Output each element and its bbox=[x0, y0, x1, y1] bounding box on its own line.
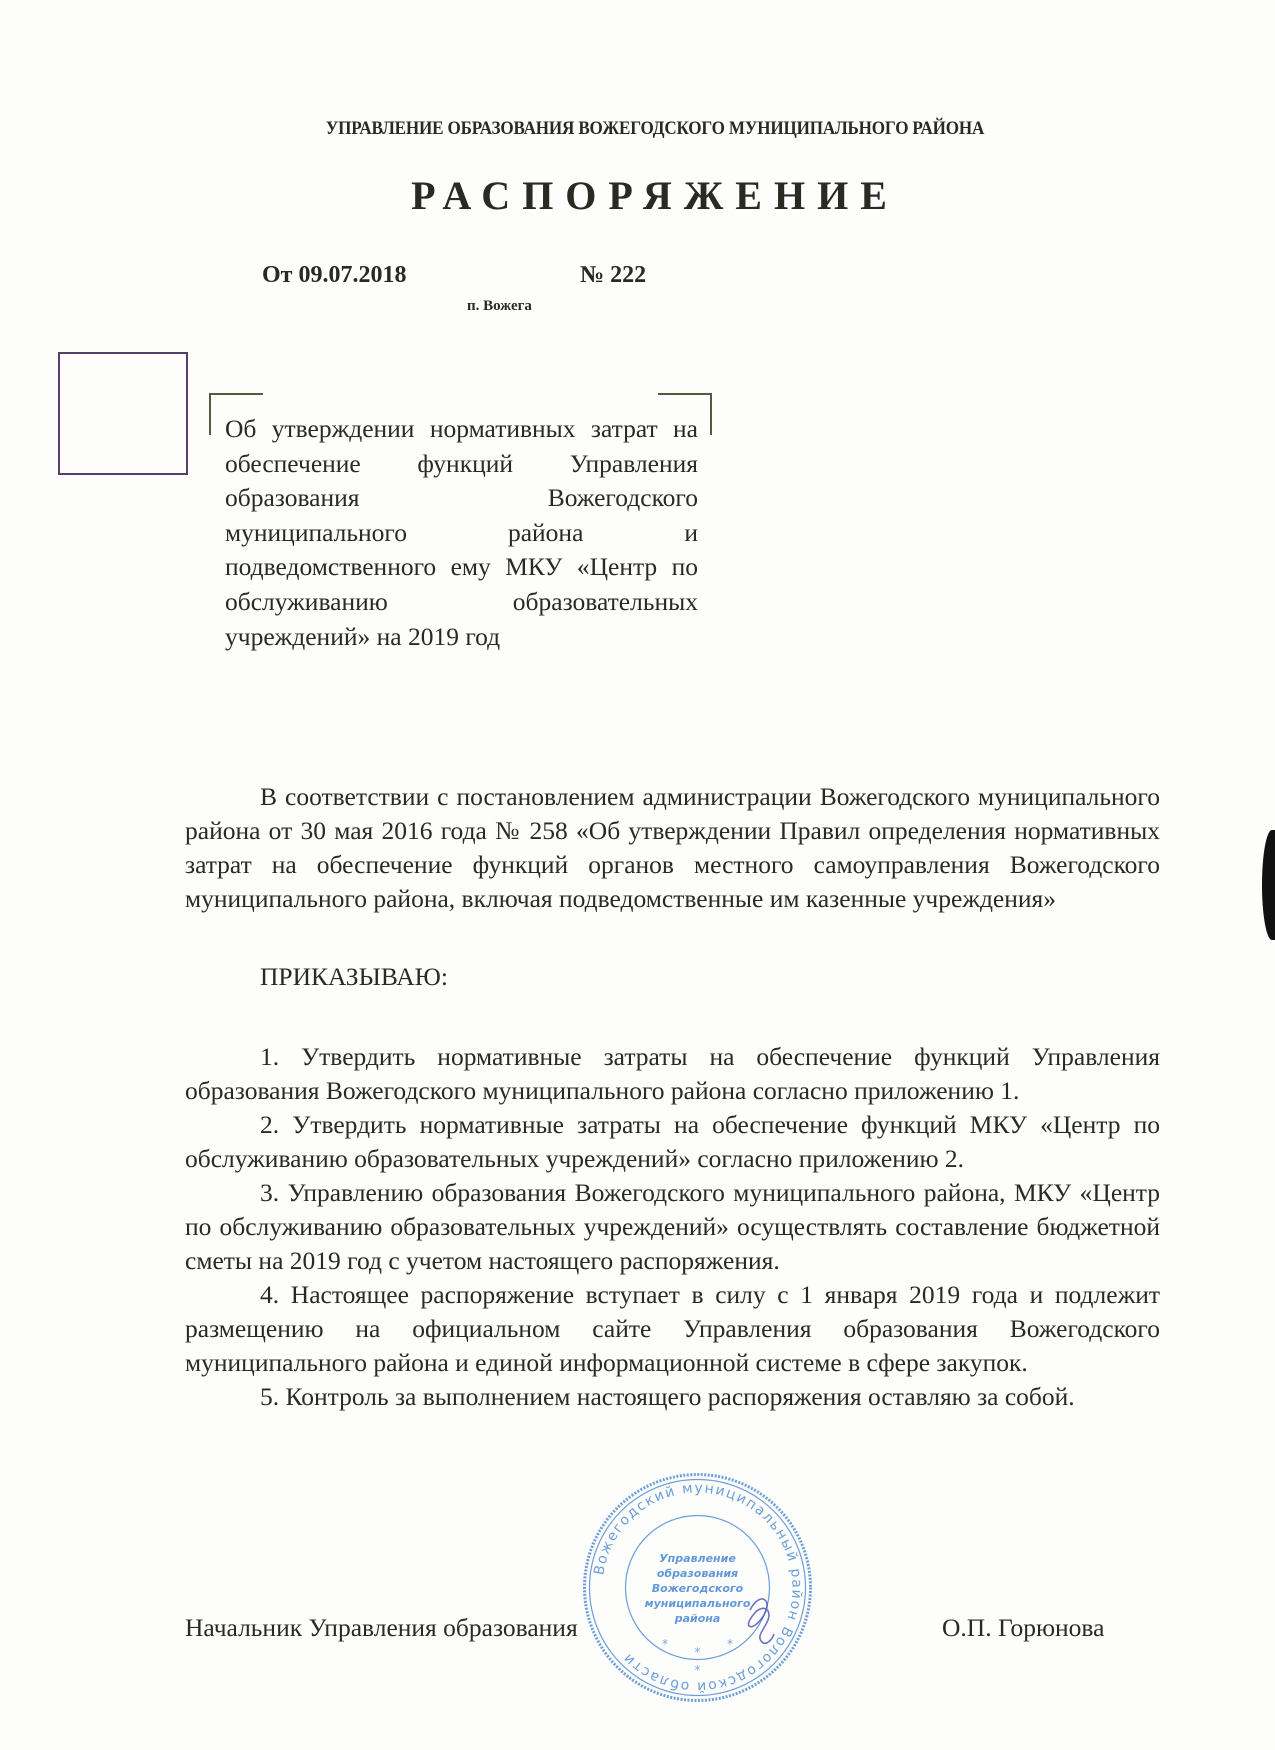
svg-text:*: * bbox=[695, 1645, 701, 1659]
document-place: п. Вожега bbox=[467, 298, 532, 315]
order-item-1: 1. Утвердить нормативные затраты на обес… bbox=[185, 1040, 1160, 1108]
svg-text:*: * bbox=[662, 1637, 668, 1651]
svg-text:Управление: Управление bbox=[659, 1552, 736, 1565]
order-word: ПРИКАЗЫВАЮ: bbox=[260, 962, 448, 992]
order-item-5: 5. Контроль за выполнением настоящего ра… bbox=[185, 1380, 1160, 1414]
organization-header: УПРАВЛЕНИЕ ОБРАЗОВАНИЯ ВОЖЕГОДСКОГО МУНИ… bbox=[66, 118, 1214, 140]
signature-name: О.П. Горюнова bbox=[942, 1613, 1104, 1643]
order-item-2: 2. Утвердить нормативные затраты на обес… bbox=[185, 1108, 1160, 1176]
document-number: № 222 bbox=[580, 262, 646, 289]
svg-text:Вожегодского: Вожегодского bbox=[652, 1582, 744, 1595]
order-items: 1. Утвердить нормативные затраты на обес… bbox=[185, 1040, 1160, 1414]
preamble-text: В соответствии с постановлением админист… bbox=[185, 780, 1160, 916]
document-title: РАСПОРЯЖЕНИЕ bbox=[0, 172, 1275, 219]
preamble: В соответствии с постановлением админист… bbox=[185, 780, 1160, 916]
order-item-4: 4. Настоящее распоряжение вступает в сил… bbox=[185, 1278, 1160, 1380]
order-item-3: 3. Управлению образования Вожегодского м… bbox=[185, 1176, 1160, 1278]
svg-text:района: района bbox=[674, 1612, 721, 1625]
svg-text:образования: образования bbox=[657, 1567, 738, 1580]
signature-role: Начальник Управления образования bbox=[185, 1613, 578, 1643]
scan-edge-artifact bbox=[1262, 830, 1275, 940]
svg-text:муниципального: муниципального bbox=[645, 1597, 751, 1610]
svg-text:*: * bbox=[727, 1637, 733, 1651]
registration-box bbox=[58, 352, 188, 475]
document-date: От 09.07.2018 bbox=[262, 262, 406, 289]
document-subject: Об утверждении нормативных затрат на обе… bbox=[225, 412, 698, 654]
official-seal-icon: Вожегодский муниципальный район Вологодс… bbox=[580, 1470, 815, 1705]
svg-text:*: * bbox=[695, 1663, 701, 1677]
